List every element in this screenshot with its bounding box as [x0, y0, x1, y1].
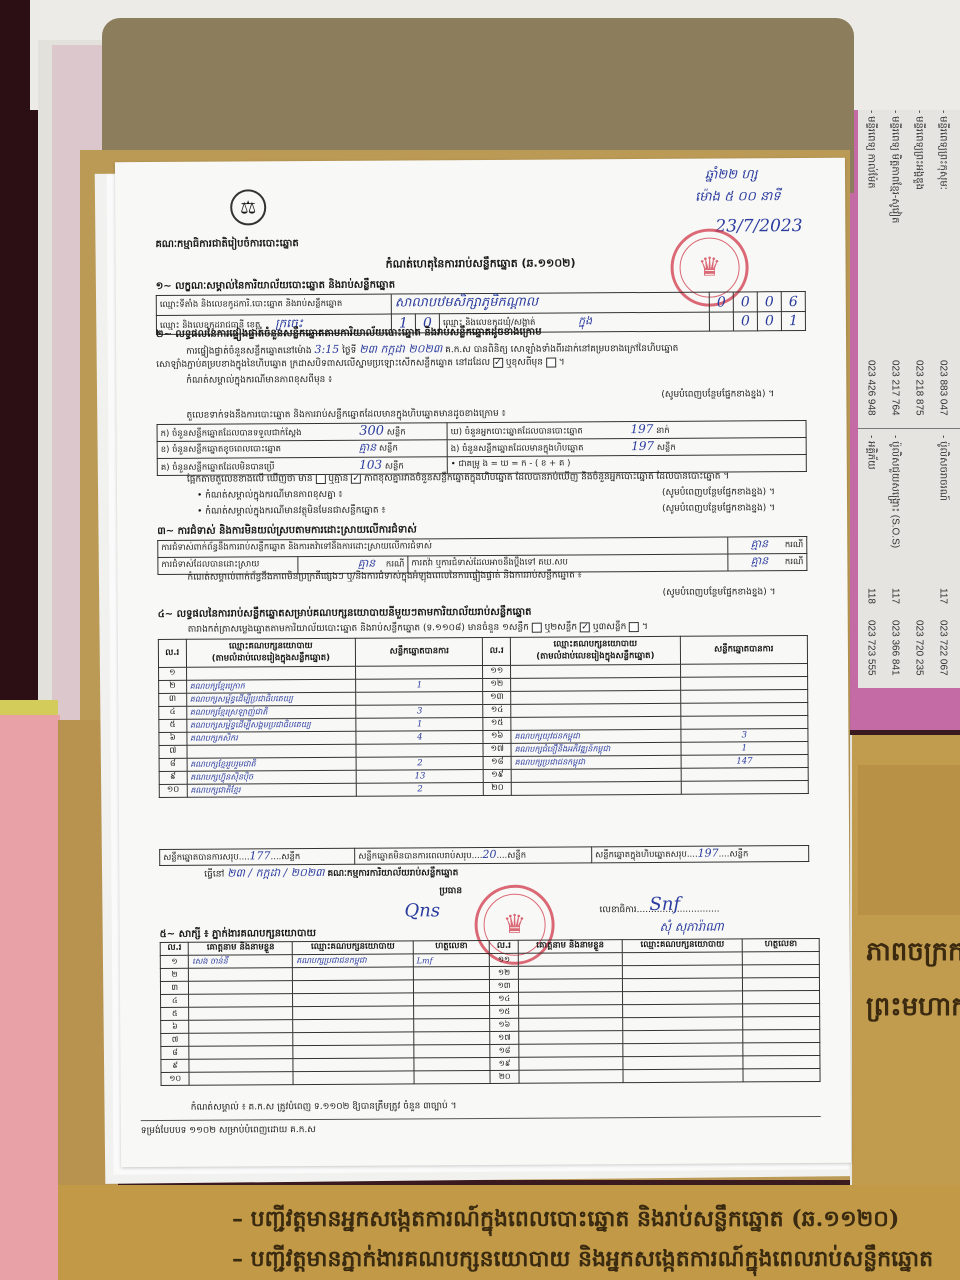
witness-name	[519, 1070, 623, 1084]
counts-intro: តួលេខទាក់ទងនឹងការបោះឆ្នោត និងការរាប់សន្ល…	[186, 408, 505, 423]
commune-code-digit: 0	[733, 312, 757, 331]
empty-cell	[709, 312, 733, 331]
row-number: ៦	[159, 732, 187, 745]
footnote: កំណត់សម្គាល់ ៖ គ.ក.ស ត្រូវបំពេញ ទ.១១០២ ឱ…	[191, 1100, 457, 1115]
witness-name	[519, 1044, 623, 1058]
phone-label: - មន្ទីរពេទ្យ មិត្តភាពខ្មែរ-សូវៀត	[888, 110, 903, 223]
witness-party	[622, 965, 742, 979]
secretary-name: សុំ សុភារ៉ាណា	[660, 919, 724, 937]
col-party: ឈ្មោះគណបក្សនយោបាយ	[622, 939, 742, 953]
row-number: ៤	[159, 706, 187, 719]
party-name	[511, 781, 681, 795]
section1-heading: ១~ លក្ខណៈសម្គាល់នៃការិយាល័យបោះឆ្នោត និងរ…	[156, 278, 395, 294]
vote-count: 4	[356, 730, 483, 744]
form-title: កំណត់ហេតុនៃការរាប់សន្លឹកឆ្នោត (ឆ.១១០២)	[386, 256, 576, 273]
witness-table: ល.រ គោត្តនាម និងនាមខ្លួន ឈ្មោះគណបក្សនយោប…	[160, 938, 821, 1086]
two-sheets-checkbox[interactable]: ✓	[580, 622, 590, 632]
envelope-text-line2: ព្រះមហាក្សត្រ	[866, 990, 960, 1028]
witness-signature	[414, 1044, 491, 1057]
phone-right-num-2: 117	[884, 588, 906, 618]
witness-name	[189, 1059, 293, 1073]
witness-name	[189, 981, 293, 995]
section5-heading: ៥~ សាក្សី ៖ ភ្នាក់ងារគណបក្សនយោបាយ	[160, 926, 316, 942]
row-number: ៧	[159, 745, 187, 758]
party-name	[187, 744, 357, 758]
phone-num-3: 023 218 875	[908, 360, 930, 430]
col-no: ល.រ	[160, 942, 189, 955]
one-sheet-checkbox[interactable]	[532, 622, 542, 632]
location-code-digit: 0	[757, 292, 781, 312]
count-in-box: ង) ចំនួនសន្លឹកឆ្នោតដែលមានក្នុងហិបឆ្នោត 1…	[447, 438, 806, 457]
three-sheets-checkbox[interactable]	[629, 622, 639, 632]
witness-party	[622, 991, 742, 1005]
appeal-value: គ្មាន ករណី	[727, 554, 807, 571]
witness-party	[623, 1017, 743, 1031]
count-spoiled: ខ) ចំនួនសន្លឹកឆ្នោតខូចពេលបោះឆ្នោត គ្មាន …	[157, 440, 447, 459]
phone-number: 023 426 948	[866, 360, 877, 416]
witness-name	[189, 1020, 293, 1034]
commune-code-digit: 1	[781, 312, 805, 331]
verification-date: ២៣ កក្កដា ២០២៣	[359, 342, 442, 356]
witness-signature	[413, 992, 490, 1005]
difference-no-checkbox[interactable]: ✓	[351, 473, 361, 483]
annotation-line1: ឆ្នាំ២២ ហ្ស	[705, 166, 758, 185]
vote-count	[680, 677, 807, 691]
phone-right-alt-3: 023 720 235	[908, 620, 930, 688]
witness-name	[189, 1007, 293, 1021]
witness-name	[519, 1005, 623, 1019]
phone-num-2: 023 217 764	[884, 360, 906, 430]
witness-name	[189, 994, 293, 1008]
phone-number: 117	[938, 588, 949, 604]
witness-signature	[414, 1018, 491, 1031]
total-valid: សន្លឹកឆ្នោតបានការសរុប....177....សន្លឹក	[160, 848, 355, 865]
row-number: ៩	[159, 771, 187, 784]
witness-party	[293, 1071, 413, 1085]
vote-count	[680, 690, 807, 704]
witness-signature	[743, 951, 820, 964]
witness-signature	[743, 1055, 820, 1068]
secretary-signature: Snf	[649, 894, 680, 915]
witness-name	[189, 1033, 293, 1047]
witness-signature	[743, 964, 820, 977]
total-invalid: សន្លឹកឆ្នោតមិនបានការពេលរាប់សរុប....20...…	[355, 847, 592, 864]
row-number: ២០	[490, 1070, 519, 1083]
party-name: គណបក្សយុវជនកម្ពុជា	[511, 729, 681, 743]
vote-count: 3	[681, 729, 808, 743]
commune-code-digit: 0	[757, 312, 781, 331]
count-voters: ឃ) ចំនួនអ្នកបោះឆ្នោតដែលបានបោះឆ្នោត 197 ន…	[447, 421, 806, 440]
witness-name	[518, 992, 622, 1006]
row-number: ១	[160, 955, 189, 968]
phone-label: - មន្ទីរពេទ្យ កាល់ម៉ែត	[864, 110, 879, 189]
row-number: ៣	[160, 981, 189, 994]
vote-count: 1	[681, 742, 808, 756]
party-name	[511, 703, 681, 717]
party-name: គណបក្សជំនឿនិងអភិវឌ្ឍន៍កម្ពុជា	[511, 742, 681, 756]
party-name	[186, 666, 356, 680]
section2-heading: ២~ លទ្ធផលនៃការផ្ទៀងផ្ទាត់ចំនួនសន្លឹកឆ្នោ…	[156, 325, 542, 342]
vote-count: 13	[356, 769, 483, 783]
fill-more-note: (សូមបំពេញបន្ថែមផ្នែកខាងខ្នង) ។	[662, 486, 775, 500]
commune-value: ក្នុង	[578, 314, 592, 327]
witness-signature	[413, 966, 490, 979]
row-number: ៣	[159, 693, 187, 706]
objections-value: គ្មាន ករណី	[727, 537, 807, 554]
pink-folder-left	[0, 715, 60, 1280]
nec-logo-icon: ⚖	[230, 189, 266, 225]
col-no: ល.រ	[490, 940, 519, 953]
row-number: ៧	[161, 1033, 190, 1046]
phone-right-alt-4: 023 722 067	[932, 620, 954, 688]
phone-number: 118	[866, 588, 877, 604]
vote-count	[681, 716, 808, 730]
vote-count	[681, 768, 808, 782]
section4-heading: ៤~ លទ្ធផលនៃការរាប់សន្លឹកឆ្នោតសម្រាប់គណបក…	[158, 605, 532, 622]
party-name: គណបក្សជាតិខ្មែរ	[187, 783, 357, 797]
row-number: ១៨	[490, 1044, 519, 1057]
row-number: ១២	[490, 966, 519, 979]
witness-name	[518, 979, 622, 993]
witness-party	[293, 1019, 413, 1033]
witness-signature	[414, 1057, 491, 1070]
envelope-right-inner	[858, 765, 960, 915]
vote-count	[680, 703, 807, 717]
phone-right-alt-1: 023 723 555	[860, 620, 882, 688]
row-number: ៥	[159, 719, 187, 732]
vote-count: 1	[356, 678, 483, 692]
party-name: គណបក្សសម្ព័ន្ធដើម្បីសង្គមប្រជាធិបតេយ្យ	[186, 718, 356, 732]
row-number: ១	[159, 667, 187, 680]
witness-party: គណបក្សប្រជាជនកម្ពុជា	[293, 954, 413, 968]
row-number: ១៣	[483, 691, 511, 704]
witness-party	[623, 1056, 743, 1070]
note-damaged: កំណត់សម្គាល់ក្នុងករណីមានភាពខុសពីមុន ៖	[186, 374, 332, 388]
phone-number: 023 217 764	[890, 360, 901, 416]
witness-signature	[743, 977, 820, 990]
witness-signature	[743, 1003, 820, 1016]
location-label: ឈ្មោះទីតាំង និងលេខកូដការិ.បោះឆ្នោត និងរា…	[156, 294, 391, 315]
col-no: ល.រ	[483, 637, 511, 665]
note-invalid: • កំណត់សម្គាល់ក្នុងករណីមានវត្ថុមិនមែនជាស…	[197, 505, 385, 519]
witness-signature	[743, 990, 820, 1003]
witness-party	[622, 1004, 742, 1018]
row-number: ១៦	[490, 1018, 519, 1031]
col-name: គោត្តនាម និងនាមខ្លួន	[518, 940, 622, 954]
witness-party	[622, 978, 742, 992]
vote-count: 2	[356, 756, 483, 770]
envelope-text-line1: ភាពចក្រកម្ពុជា	[866, 935, 960, 973]
vote-count	[356, 666, 483, 680]
section3-heading: ៣~ ការជំទាស់ និងការមិនយល់ស្របតាមការដោះស្…	[157, 522, 417, 539]
witness-party	[293, 1058, 413, 1072]
row-number: ៨	[161, 1046, 190, 1059]
witness-party	[293, 1032, 413, 1046]
org-name: គណៈកម្មាធិការជាតិរៀបចំការបោះឆ្នោត	[155, 236, 298, 252]
witness-name	[519, 1031, 623, 1045]
envelope-bottom-line1: – បញ្ជីវត្តមានអ្នកសង្កេតការណ៍ក្នុងពេលបោះ…	[232, 1205, 899, 1237]
col-sign: ហត្ថលេខា	[743, 938, 820, 951]
vote-count	[356, 743, 483, 757]
witness-party	[293, 967, 413, 981]
party-name: គណបក្សហ៊្វុនស៊ិនប៉ិច	[187, 770, 357, 784]
row-number: ១៥	[490, 1005, 519, 1018]
col-name: គោត្តនាម និងនាមខ្លួន	[189, 942, 293, 956]
party-name: គណបក្សខ្មែរស្រឡាញ់ជាតិ	[186, 705, 356, 719]
row-number: ១០	[161, 1072, 190, 1085]
irregularity-note: កំណត់សម្គាល់ពាក់ព័ន្ធនឹងភាពមិនប្រក្រតីផ្…	[187, 569, 581, 584]
witness-signature	[743, 1016, 820, 1029]
witness-party	[623, 1069, 743, 1083]
row-number: ៦	[161, 1020, 190, 1033]
witness-signature	[413, 1005, 490, 1018]
phone-label: - ប៉ូលិសជួយសង្គ្រោះ (S.O.S)	[888, 435, 903, 548]
fill-more-note: (សូមបំពេញបន្ថែមផ្នែកខាងខ្នង) ។	[661, 388, 774, 402]
count-received: ក) ចំនួនសន្លឹកឆ្នោតដែលបានទទួលជាក់ស្ដែង 3…	[157, 423, 447, 442]
party-name: គណបក្សប្រជាជនកម្ពុជា	[511, 755, 681, 769]
location-code-digit: 0	[733, 292, 757, 312]
made-at-date: ២៣ / កក្កដា / ២០២៣	[227, 866, 324, 880]
phone-right-alt-2: 023 366 841	[884, 620, 906, 688]
phone-num-4: 023 883 047	[932, 360, 954, 430]
phone-number: 023 366 841	[890, 620, 901, 676]
witness-name: សេង ចាន់នី	[189, 955, 293, 969]
witness-signature	[414, 1031, 491, 1044]
phone-right-num-4: 117	[932, 588, 954, 618]
witness-signature	[743, 1042, 820, 1055]
row-number: ១៨	[484, 756, 512, 769]
phone-number: 023 720 235	[914, 620, 925, 676]
phone-label: - មន្ទីរពេទ្យព្រះអង្គឌួង	[912, 110, 927, 190]
fill-more-note: (សូមបំពេញបន្ថែមផ្នែកខាងខ្នង) ។	[663, 586, 776, 600]
chair-label: ប្រធាន	[439, 885, 462, 898]
row-number: ៤	[161, 994, 190, 1007]
row-number: ១១	[483, 665, 511, 678]
difference-yes-checkbox[interactable]	[315, 473, 325, 483]
form-note: ទម្រង់បែបបទ ១១០២ សម្រាប់បំពេញដោយ គ.ក.ស	[141, 1124, 316, 1138]
phone-number: 023 218 875	[914, 360, 925, 416]
verification-time: 3:15	[314, 343, 339, 356]
phone-number: 117	[890, 588, 901, 604]
party-name: គណបក្សកសិករ	[186, 731, 356, 745]
witness-party	[623, 1030, 743, 1044]
phone-number: 023 722 067	[938, 620, 949, 676]
intact-checkbox[interactable]: ✓	[493, 357, 503, 367]
fill-more-note: (សូមបំពេញបន្ថែមផ្នែកខាងខ្នង) ។	[662, 502, 775, 516]
row-number: ៩	[161, 1059, 190, 1072]
damaged-checkbox[interactable]	[546, 357, 556, 367]
vote-count: 3	[356, 704, 483, 718]
row-number: ១៤	[490, 992, 519, 1005]
phone-num-1: 023 426 948	[860, 360, 882, 430]
phone-number: 023 883 047	[938, 360, 949, 416]
vote-count: 2	[356, 782, 483, 796]
witness-signature	[743, 1068, 820, 1081]
witness-party	[293, 1045, 413, 1059]
phone-number: 023 723 555	[866, 620, 877, 676]
note-difference: • កំណត់សម្គាល់ក្នុងករណីមានភាពខុសគ្នា ៖	[197, 489, 343, 503]
location-code-digit: 6	[781, 292, 805, 312]
vote-count	[680, 664, 807, 678]
counts-table: ក) ចំនួនសន្លឹកឆ្នោតដែលបានទទួលជាក់ស្ដែង 3…	[157, 420, 807, 476]
witness-name	[518, 966, 622, 980]
witness-name	[518, 953, 622, 967]
party-name	[511, 664, 681, 678]
witness-signature	[413, 979, 490, 992]
phone-label: - មន្ទីរពេទ្យព្រះកុសុមៈ	[936, 110, 951, 190]
seal-line: សោឡាំងភ្ជាប់គម្របខាងក្នុងនៃហិបឆ្នោត ក្រដ…	[156, 356, 565, 371]
phone-list-card: - មន្ទីរពេទ្យ កាល់ម៉ែត - មន្ទីរពេទ្យ មិត…	[858, 110, 960, 688]
witness-signature: Lmf	[413, 953, 490, 966]
row-number: ៥	[161, 1007, 190, 1020]
witness-party	[622, 952, 742, 966]
difference-line: ផ្អែកតាមតួលេខខាងលើ ឃើញថា មាន ឬគ្មាន ✓ ភា…	[187, 470, 729, 486]
witness-name	[189, 1072, 293, 1086]
col-party: ឈ្មោះគណបក្សនយោបាយ(តាមលំដាប់លេខរៀងក្នុងសន…	[186, 638, 356, 667]
tally-sheet-line: តារាងកត់ត្រាសម្លេងឆ្នោតតាមការិយាល័យបោះឆ្…	[188, 621, 648, 637]
vote-count: 147	[681, 755, 808, 769]
phone-right-num-1: 118	[860, 588, 882, 618]
row-number: ២០	[484, 782, 512, 795]
col-votes: សន្លឹកឆ្នោតបានការ	[680, 636, 807, 665]
witness-signature	[743, 1029, 820, 1042]
witness-signature	[414, 1070, 491, 1083]
row-number: ១៧	[483, 743, 511, 756]
col-sign: ហត្ថលេខា	[413, 940, 490, 953]
party-name	[511, 690, 681, 704]
party-results-table: ល.រ ឈ្មោះគណបក្សនយោបាយ(តាមលំដាប់លេខរៀងក្ន…	[158, 635, 809, 798]
row-number: ៨	[159, 758, 187, 771]
divider	[141, 1116, 821, 1121]
witness-name	[519, 1057, 623, 1071]
party-name: គណបក្សខ្មែររួបរួមជាតិ	[187, 757, 357, 771]
phone-label: - ប៉ូលិសចរាចរណ៍	[936, 435, 951, 501]
row-number: ១១	[490, 953, 519, 966]
annotation-line2: ម៉ោង ៥ ០០ នាទី	[695, 188, 781, 208]
chair-signature: Qns	[404, 900, 440, 921]
party-name	[511, 768, 681, 782]
form-1102: ⚖ គណៈកម្មាធិការជាតិរៀបចំការបោះឆ្នោត កំណត…	[115, 158, 851, 1167]
row-number: ១៤	[483, 704, 511, 717]
party-name: គណបក្សសម្ព័ន្ធដើម្បីប្រជាធិបតេយ្យ	[186, 692, 356, 706]
total-in-box: សន្លឹកឆ្នោតក្នុងហិបឆ្នោតសរុប....197....ស…	[592, 846, 809, 863]
row-number: ១២	[483, 678, 511, 691]
col-votes: សន្លឹកឆ្នោតបានការ	[356, 638, 483, 667]
row-number: ២	[160, 968, 189, 981]
row-number: ១៥	[483, 717, 511, 730]
row-number: ១៦	[483, 730, 511, 743]
phone-label: - អគ្គិភ័យ	[864, 435, 879, 470]
made-at-line: ធ្វើនៅ ២៣ / កក្កដា / ២០២៣ គណៈកម្មការការិ…	[204, 865, 458, 883]
location-code-digit: 0	[709, 292, 733, 312]
vote-count	[356, 691, 483, 705]
witness-name	[189, 1046, 293, 1060]
location-value: សាលាបឋមសិក្សាភូមិកណ្ដាល	[391, 292, 709, 314]
row-number: ២	[159, 680, 187, 693]
row-number: ១០	[159, 784, 187, 797]
witness-party	[293, 1006, 413, 1020]
party-name: គណបក្សខ្មែរក្រោក	[186, 679, 356, 693]
col-no: ល.រ	[158, 639, 186, 667]
witness-party	[293, 993, 413, 1007]
totals-row: សន្លឹកឆ្នោតបានការសរុប....177....សន្លឹក ស…	[159, 845, 809, 866]
col-party: ឈ្មោះគណបក្សនយោបាយ(តាមលំដាប់លេខរៀងក្នុងសន…	[510, 636, 680, 665]
party-name	[511, 677, 681, 691]
row-number: ១៣	[490, 979, 519, 992]
witness-name	[519, 1018, 623, 1032]
row-number: ១៩	[484, 769, 512, 782]
table-row: ១០គណបក្សជាតិខ្មែរ2២០	[159, 781, 808, 798]
col-party: ឈ្មោះគណបក្សនយោបាយ	[293, 941, 413, 955]
witness-party	[623, 1043, 743, 1057]
vote-count: 1	[356, 717, 483, 731]
witness-party	[293, 980, 413, 994]
row-number: ១៧	[490, 1031, 519, 1044]
envelope-bottom-line2: – បញ្ជីវត្តមានភ្នាក់ងារគណបក្សនយោបាយ និងអ…	[232, 1245, 933, 1277]
witness-name	[189, 968, 293, 982]
row-number: ១៩	[490, 1057, 519, 1070]
table-row: ១០២០	[161, 1068, 820, 1085]
vote-count	[681, 781, 808, 795]
party-name	[511, 716, 681, 730]
